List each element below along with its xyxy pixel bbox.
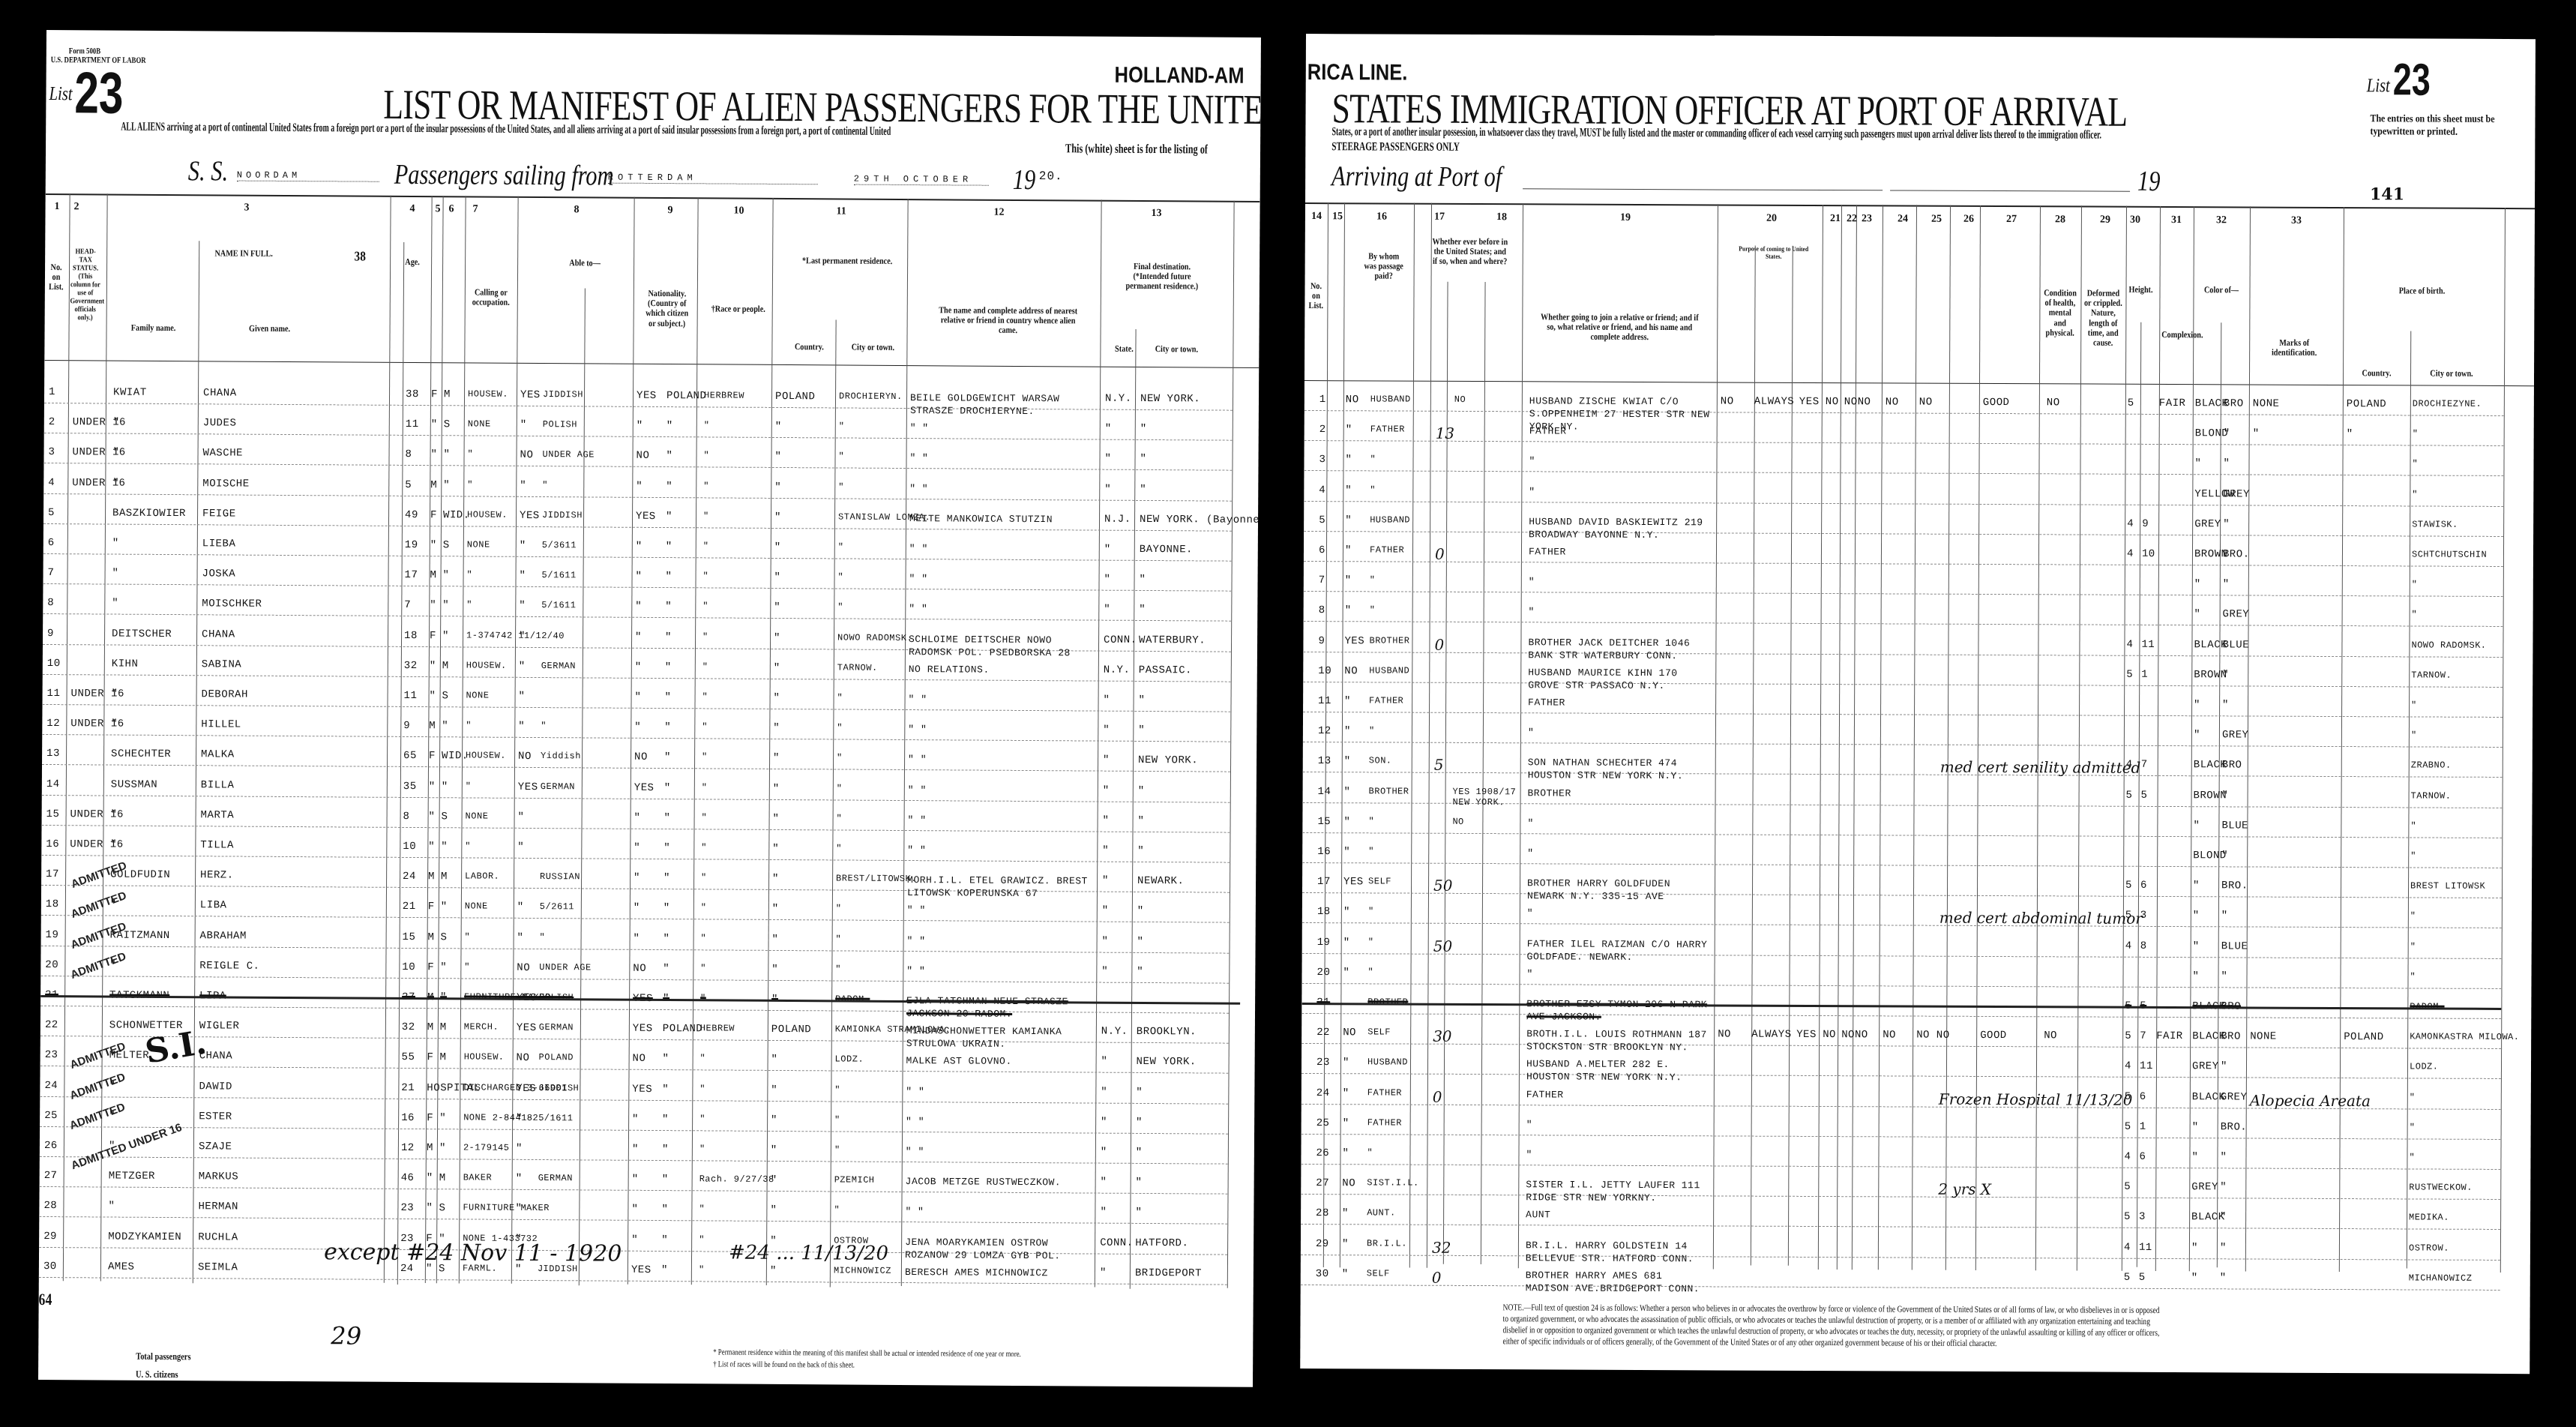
cell-given-name: SEIMLA <box>198 1261 238 1273</box>
cell-age: 21 <box>401 1082 415 1094</box>
cell-occupation: HOUSEW. <box>466 751 506 761</box>
table-row: 23"HUSBANDHUSBAND A.MELTER 282 E. HOUSTO… <box>1306 34 2536 39</box>
cell-passage-paid-by: HUSBAND <box>1369 665 1409 676</box>
table-row: 28"AUNT.AUNT53BLACK"MEDIKA. <box>1306 34 2536 39</box>
cell-hair-color: " <box>2194 458 2201 470</box>
table-row: 20"""""" <box>1306 34 2536 39</box>
cell-birth-city: KAMONKASTRA MILOWA. <box>2410 1032 2519 1043</box>
arrival-year: 19 <box>2137 165 2161 198</box>
cell-joining-relative: FATHER <box>1529 424 1713 438</box>
cell-passage-paid-by: " <box>1368 816 1374 826</box>
cell-height-inches: 6 <box>2139 1151 2146 1163</box>
list-label: List <box>49 82 72 105</box>
cell-height-feet: 4 <box>2125 940 2132 952</box>
cell-passage-paid-by: HUSBAND <box>1370 514 1410 525</box>
us-citizens-label: U. S. citizens <box>136 1369 178 1381</box>
cell-sex: F <box>427 1112 433 1124</box>
cell-ticket: " <box>1343 907 1350 919</box>
cell-birth-city: " <box>2410 820 2416 831</box>
cell-city: NOWO RADOMSK. <box>837 632 912 643</box>
cell-joining-relative: " <box>1527 907 1711 921</box>
cell-language: POLISH <box>543 419 577 430</box>
cell-country: " <box>774 662 780 674</box>
arrival-date-field <box>1890 190 2130 191</box>
cell-nationality: " <box>664 782 671 794</box>
col-header-family-name: Family name. <box>121 323 185 334</box>
cell-eye-color: " <box>2220 1272 2227 1284</box>
passenger-rows-left: 1KWIATCHANA38FMHOUSEW.YESJIDDISHYESPOLAN… <box>46 30 1261 37</box>
handwritten-note-signature: #24 ... 11/13/20 <box>729 1242 888 1265</box>
cell-nationality: " <box>666 511 672 523</box>
cell-country: " <box>772 903 779 915</box>
cell-nearest-relative: MALKE AST GLOVNO. <box>906 1054 1090 1068</box>
cell-q25: NO <box>1886 396 1899 408</box>
cell-joining-relative: " <box>1529 485 1712 499</box>
cell-can-write: " <box>634 932 640 944</box>
cell-can-read: " <box>519 691 526 703</box>
departure-port: ROTTERDAM <box>608 172 818 185</box>
cell-row-number: 17 <box>46 868 59 880</box>
cell-state: N.Y. <box>1101 1026 1128 1038</box>
cell-race: " <box>700 1054 706 1064</box>
table-row: 25ADMITTED"ESTER16F"NONE 2-844182"5/1611… <box>46 30 1261 37</box>
cell-city: TARNOW. <box>837 662 878 673</box>
cell-birth-city: " <box>2411 730 2417 741</box>
cell-eye-color: " <box>2223 579 2230 591</box>
cell-state: " <box>1105 423 1112 435</box>
cell-row-number: 4 <box>1319 484 1325 496</box>
cell-height-feet: 5 <box>2126 669 2133 681</box>
cell-sex: " <box>427 1172 433 1184</box>
col-header-no-right: No. on List. <box>1307 281 1326 311</box>
table-row: 29MODZYKAMIENRUCHLA23F"NONE 1-433732""""… <box>46 30 1261 37</box>
cell-health: GOOD <box>1980 1030 2007 1042</box>
cell-occupation: " <box>464 961 470 972</box>
table-row: 17ADMITTEDGOLDFUDINHERZ.24MMLABOR.RUSSIA… <box>46 30 1261 37</box>
cell-nationality: " <box>662 1114 669 1126</box>
cell-can-read: " <box>516 1143 523 1155</box>
cell-occupation: NONE <box>465 901 488 912</box>
header-rule-right <box>1305 202 2535 209</box>
cell-sex: M <box>428 871 435 883</box>
cell-state: CONN. <box>1100 1237 1134 1249</box>
cell-can-read: " <box>517 901 524 913</box>
arriving-label: Arriving at Port of <box>1331 160 1502 193</box>
cell-occupation: NONE <box>467 539 490 550</box>
cell-row-number: 27 <box>1316 1177 1329 1189</box>
col-num-26: 26 <box>1963 214 1974 226</box>
cell-occupation: NONE <box>466 811 489 821</box>
cell-row-number: 26 <box>44 1140 58 1152</box>
cell-language: 5/1611 <box>542 570 577 580</box>
cell-row-number: 13 <box>46 748 60 760</box>
cell-destination: BROOKLYN. <box>1137 1026 1197 1038</box>
cell-country: POLAND <box>775 391 816 403</box>
cell-passage-paid-by: FATHER <box>1370 424 1405 435</box>
table-row: 19ADMITTEDRAITZMANNABRAHAM15MS""""""""" … <box>46 30 1261 37</box>
col-header-color: Color of— <box>2197 285 2245 295</box>
cell-race: HEBREW <box>700 1024 735 1034</box>
cell-family-name: " <box>112 598 118 610</box>
cell-destination: " <box>1140 423 1147 435</box>
cell-can-write: YES <box>633 1023 653 1035</box>
cell-q23: NO <box>1826 396 1839 408</box>
cell-race: " <box>702 812 708 823</box>
cell-hair-color: " <box>2191 1151 2198 1163</box>
cell-ticket: " <box>1342 1268 1349 1280</box>
col-num-30: 30 <box>2130 214 2140 226</box>
cell-occupation: LABOR. <box>465 871 499 882</box>
cell-passage-paid-by: FATHER <box>1370 544 1404 555</box>
col-num-23: 23 <box>1862 213 1872 225</box>
cell-sex: " <box>429 811 436 823</box>
cell-language: GERMAN <box>541 781 575 792</box>
cell-row-number: 18 <box>1317 906 1331 918</box>
cell-occupation: " <box>467 479 473 490</box>
cell-sex: M <box>429 720 436 732</box>
col-header-birth-city: City or town. <box>2420 368 2484 379</box>
cell-passage-paid-by: " <box>1367 1147 1373 1158</box>
cell-joining-relative: BROTHER <box>1528 787 1712 800</box>
cell-joining-relative: BROTHER EZSY TYMON 206 N PARK AVE JACKSO… <box>1526 997 1710 1024</box>
cell-can-write: " <box>636 480 643 492</box>
cell-row-number: 9 <box>47 628 54 640</box>
cell-q24: NONO <box>1841 1029 1868 1041</box>
cell-joining-relative: " <box>1529 575 1712 589</box>
cell-nearest-relative: " " <box>909 693 1092 706</box>
cell-state: " <box>1103 784 1110 796</box>
cell-joining-relative: BROTHER HARRY AMES 681 MADISON AVE.BRIDG… <box>1526 1269 1709 1295</box>
cell-marital-status: M <box>440 1052 447 1064</box>
cell-sex: " <box>428 841 435 853</box>
cell-head-tax-status: ADMITTED <box>68 1101 127 1132</box>
cell-race: " <box>702 691 708 702</box>
cell-row-number: 15 <box>1317 816 1331 828</box>
cell-can-write: " <box>634 842 640 854</box>
cell-row-number: 14 <box>46 778 60 790</box>
cell-family-name: " <box>109 959 116 971</box>
cell-joining-relative: FATHER <box>1526 1088 1710 1102</box>
cell-passage-paid-by: " <box>1370 575 1376 586</box>
cell-family-name: RAITZMANN <box>110 929 170 941</box>
cell-age: 18 <box>404 630 418 642</box>
cell-row-number: 11 <box>1318 695 1331 707</box>
cell-passage-paid-by: FATHER <box>1369 695 1403 706</box>
cell-ticket: " <box>1342 1238 1349 1250</box>
cell-marital-status: M <box>442 660 449 672</box>
cell-eye-color: " <box>2222 669 2229 681</box>
cell-joining-relative: BR.I.L. HARRY GOLDSTEIN 14 BELLEVUE STR.… <box>1526 1239 1709 1265</box>
cell-ticket: " <box>1344 786 1351 798</box>
col-header-marks: Marks of identification. <box>2256 338 2332 358</box>
cell-nationality: " <box>663 842 670 854</box>
cell-race: " <box>702 782 708 793</box>
cell-state: " <box>1100 1267 1107 1279</box>
cell-can-write: " <box>631 1204 638 1216</box>
cell-country: " <box>771 1114 777 1126</box>
footnote-races: † List of races will be found on the bac… <box>713 1360 1133 1372</box>
cell-sex: " <box>429 781 436 793</box>
cell-country: " <box>774 511 781 523</box>
cell-joining-relative: FATHER ILEL RAIZMAN C/O HARRY GOLDFADE. … <box>1527 937 1711 964</box>
cell-can-read: " <box>518 721 525 733</box>
cell-city: " <box>838 541 844 552</box>
cell-ticket: YES <box>1344 635 1364 647</box>
col-header-nearest-relative: The name and complete address of nearest… <box>935 305 1082 336</box>
cell-age: 23 <box>400 1202 414 1214</box>
cell-height-feet: 4 <box>2126 638 2133 650</box>
cell-joining-relative: HUSBAND A.MELTER 282 E. HOUSTON STR NEW … <box>1526 1058 1710 1084</box>
page-mark: 64 <box>39 1290 52 1309</box>
cell-row-number: 10 <box>47 658 61 670</box>
cell-height-feet: 5 <box>2128 397 2134 409</box>
cell-height-inches: 6 <box>2140 1090 2146 1102</box>
cell-money: 13 <box>1436 424 1455 442</box>
cell-birth-city: " <box>2410 941 2416 952</box>
cell-money: 0 <box>1435 545 1445 563</box>
table-row: 14"BROTHERYES 1908/17 NEW YORK.BROTHER55… <box>1306 34 2536 39</box>
cell-destination: " <box>1140 574 1146 586</box>
year-prefix: 19 <box>1013 163 1036 196</box>
cell-marital-status: S <box>441 931 448 943</box>
cell-height-feet: 5 <box>2125 1121 2131 1133</box>
cell-nearest-relative: " " <box>908 814 1092 827</box>
sheet-note: This (white) sheet is for the listing of <box>1065 141 1208 157</box>
cell-family-name: KIHN <box>112 658 139 670</box>
cell-can-read: " <box>520 540 526 552</box>
cell-city: " <box>837 753 843 763</box>
cell-row-number: 23 <box>45 1049 58 1061</box>
cell-ticket: " <box>1343 937 1350 949</box>
table-row: 6"LIEBA19"SNONE"5/3611"""""" ""BAYONNE. <box>46 30 1261 37</box>
cell-ticket: " <box>1342 1147 1349 1159</box>
cell-hair-color: " <box>2194 729 2200 741</box>
cell-birth-city: " <box>2410 850 2416 861</box>
cell-family-name: " <box>109 1110 115 1122</box>
cell-height-inches: 7 <box>2141 759 2148 771</box>
cell-country: " <box>774 451 781 463</box>
cell-can-read: YES <box>518 781 538 793</box>
col-header-birth-country: Country. <box>2351 368 2402 378</box>
cell-sex: " <box>426 1203 433 1215</box>
cell-ticket: " <box>1345 574 1352 586</box>
cell-marital-status: S <box>444 418 451 430</box>
cell-row-number: 6 <box>1319 544 1325 556</box>
cell-given-name: JUDES <box>203 417 237 429</box>
table-row: 29"BR.I.L.32BR.I.L. HARRY GOLDSTEIN 14 B… <box>1306 34 2536 39</box>
cell-eye-color: " <box>2223 518 2230 530</box>
table-row: 14SUSSMANBILLA35"""YESGERMANYES""""" """ <box>46 30 1261 37</box>
cell-destination: " <box>1136 1117 1143 1129</box>
cell-can-read: " <box>517 841 524 853</box>
cell-race: " <box>702 752 708 763</box>
cell-nationality: POLAND <box>666 390 707 402</box>
cell-ticket: " <box>1344 695 1351 707</box>
table-row: 13SCHECHTERMALKA65FWID.HOUSEW.NOYiddishN… <box>46 30 1261 37</box>
cell-joining-relative: HUSBAND DAVID BASKIEWITZ 219 BROADWAY BA… <box>1529 515 1712 541</box>
cell-age: 12 <box>401 1142 415 1154</box>
cell-row-number: 16 <box>1317 846 1331 858</box>
cell-sex: F <box>427 961 434 973</box>
cell-ticket: " <box>1343 846 1350 858</box>
cell-nationality: POLAND <box>663 1023 703 1035</box>
col-header-join-relative: Whether going to join a relative or frie… <box>1537 312 1703 343</box>
cell-race: " <box>703 481 709 491</box>
cell-height-feet: 5 <box>2125 1030 2131 1042</box>
cell-birth-city: " <box>2412 489 2418 499</box>
cell-can-write: YES <box>636 511 656 523</box>
cell-row-number: 19 <box>1317 937 1331 949</box>
cell-state: " <box>1101 1056 1108 1068</box>
cell-joining-relative: FATHER <box>1529 545 1712 559</box>
cell-given-name: MARKUS <box>199 1171 239 1183</box>
cell-family-name: SUSSMAN <box>111 778 157 790</box>
cell-state: " <box>1102 875 1109 887</box>
cell-birth-city: NOWO RADOMSK. <box>2411 640 2486 650</box>
cell-nearest-relative: " " <box>908 723 1092 736</box>
cell-can-write: YES <box>632 1083 652 1095</box>
cell-marital-status: M <box>439 1172 446 1184</box>
cell-nationality: " <box>662 1174 669 1186</box>
cell-sex: M <box>428 931 435 943</box>
cell-sex: M <box>430 479 437 491</box>
cell-nationality: " <box>664 812 671 824</box>
cell-birth-city: " <box>2410 911 2416 922</box>
table-row: 23ADMITTEDMELTERCHANA55FMHOUSEW.NOPOLAND… <box>46 30 1261 37</box>
col-num-28: 28 <box>2055 214 2065 226</box>
cell-passage-paid-by: BR.I.L. <box>1367 1238 1407 1249</box>
cell-ticket: NO <box>1342 1177 1355 1189</box>
cell-race: " <box>704 451 710 461</box>
cell-sex: F <box>428 901 435 913</box>
cell-eye-color: BRO. <box>2223 548 2250 560</box>
cell-language: UNDER AGE <box>539 962 591 973</box>
cell-hair-color: " <box>2194 609 2201 621</box>
header-handwritten-mark: 38 <box>347 249 373 264</box>
cell-joining-relative: HUSBAND MAURICE KIHN 170 GROVE STR PASSA… <box>1528 666 1712 692</box>
cell-family-name: " <box>109 1141 115 1153</box>
cell-height-feet: 4 <box>2125 1060 2131 1072</box>
table-row: 13"SON.5SON NATHAN SCHECHTER 474 HOUSTON… <box>1306 34 2536 39</box>
cell-given-name: TILLA <box>200 839 234 851</box>
cell-given-name: MOISCHE <box>202 478 249 490</box>
cell-eye-color: BRO <box>2221 1031 2241 1043</box>
cell-row-number: 7 <box>48 567 55 579</box>
cell-birth-city: " <box>2413 429 2419 439</box>
cell-family-name: " <box>110 839 117 851</box>
cell-hair-color: " <box>2191 1272 2198 1284</box>
col-num-16: 16 <box>1376 211 1387 223</box>
cell-height-inches: 1 <box>2141 669 2148 681</box>
cell-money: 32 <box>1432 1238 1451 1256</box>
cell-race: Rach. 9/27/38 <box>699 1174 774 1186</box>
cell-sex: " <box>430 449 437 461</box>
cell-family-name: MODZYKAMIEN <box>108 1231 181 1243</box>
cell-marital-status: M <box>444 388 451 400</box>
cell-eye-color: GREY <box>2221 1091 2248 1103</box>
table-row: 4"""YELLOWGREY" <box>1306 34 2536 39</box>
table-row: 16UNDER 16"TILLA10"""""""""" """ <box>46 30 1261 37</box>
cell-nearest-relative: MINDASCHONWETTER KAMIANKA STRULOWA UKRAI… <box>906 1024 1090 1051</box>
cell-destination: " <box>1136 1177 1143 1189</box>
cell-occupation: " <box>466 600 472 610</box>
table-row: 7"""""" <box>1306 34 2536 39</box>
cell-nearest-relative: SCHLOIME DEITSCHER NOWO RADOMSK POL. PSE… <box>909 633 1092 659</box>
cell-can-write: NO <box>633 1053 646 1065</box>
cell-race: " <box>699 1234 705 1245</box>
cell-country: " <box>773 722 780 734</box>
cell-can-read: " <box>520 479 526 491</box>
cell-marital-status: " <box>439 1112 446 1124</box>
table-row: 7"JOSKA17M"""5/1611"""""" """ <box>46 30 1261 37</box>
cell-occupation: 2-179145 <box>463 1142 510 1153</box>
col-header-purpose: Purpose of coming to United States. <box>1732 245 1815 260</box>
cell-row-number: 18 <box>46 898 59 910</box>
cell-state: " <box>1102 905 1109 917</box>
page-number: 141 <box>2370 184 2404 204</box>
cell-given-name: REIGLE C. <box>199 960 259 972</box>
cell-occupation: HOUSEW. <box>466 660 507 670</box>
ship-name: NOORDAM <box>237 170 379 182</box>
cell-destination: " <box>1136 1086 1143 1098</box>
cell-age: 24 <box>403 871 416 883</box>
cell-given-name: RUCHLA <box>198 1231 238 1243</box>
cell-country: " <box>773 752 780 764</box>
cell-nationality: " <box>666 420 673 432</box>
col-num-27: 27 <box>2006 214 2017 226</box>
cell-country: " <box>771 1144 777 1156</box>
cell-eye-color: GREY <box>2223 488 2250 500</box>
table-row: 24ADMITTED"DAWID21HOSPITALDISCHARGED 3-6… <box>46 30 1261 37</box>
cell-race: " <box>699 1114 705 1124</box>
table-row: 22SCHONWETTERWIGLER32MMMERCH.YESGERMANYE… <box>46 30 1261 37</box>
cell-row-number: 22 <box>45 1019 58 1031</box>
cell-nationality: " <box>665 661 672 673</box>
cell-row-number: 3 <box>49 446 55 458</box>
col-header-final-destination: Final destination. (*Intended future per… <box>1117 262 1206 292</box>
cell-city: MICHNOWICZ <box>834 1265 891 1276</box>
cell-sex: F <box>430 630 436 642</box>
table-row: 11"FATHERFATHER""" <box>1306 34 2536 39</box>
table-row: 25"FATHER"51"BRO." <box>1306 34 2536 39</box>
cell-head-tax-status: ADMITTED <box>69 950 128 982</box>
cell-destination: " <box>1140 484 1146 496</box>
cell-nearest-relative: " " <box>909 482 1093 496</box>
cell-hair-color: " <box>2193 910 2200 922</box>
cell-destination: " <box>1140 453 1146 465</box>
cell-age: 32 <box>402 1021 415 1033</box>
cell-nearest-relative: " " <box>909 451 1093 465</box>
cell-nearest-relative: " " <box>907 844 1091 857</box>
cell-given-name: LIBA <box>200 900 227 912</box>
cell-nearest-relative: MEITE MANKOWICA STUTZIN <box>909 512 1093 526</box>
col-header-health: Condition of health, mental and physical… <box>2042 288 2077 337</box>
col-num-25: 25 <box>1931 214 1942 226</box>
cell-occupation: HOUSEW. <box>464 1052 505 1063</box>
cell-nearest-relative: " " <box>907 904 1091 917</box>
cell-state: " <box>1102 935 1109 947</box>
cell-row-number: 14 <box>1318 786 1331 798</box>
cell-handwritten-note: med cert abdominal tumor <box>1939 909 2143 928</box>
col-header-ever-before: Whether ever before in the United States… <box>1432 237 1508 267</box>
cell-city: " <box>837 602 843 613</box>
cell-q25: NO <box>1883 1030 1896 1042</box>
cell-country: " <box>771 964 778 976</box>
subtitle-right: States, or a port of another insular pos… <box>1331 125 2101 142</box>
cell-hair-color: " <box>2193 940 2200 952</box>
cell-nearest-relative: BERESCH AMES MICHNOWICZ <box>905 1266 1089 1279</box>
cell-state: " <box>1104 574 1111 586</box>
